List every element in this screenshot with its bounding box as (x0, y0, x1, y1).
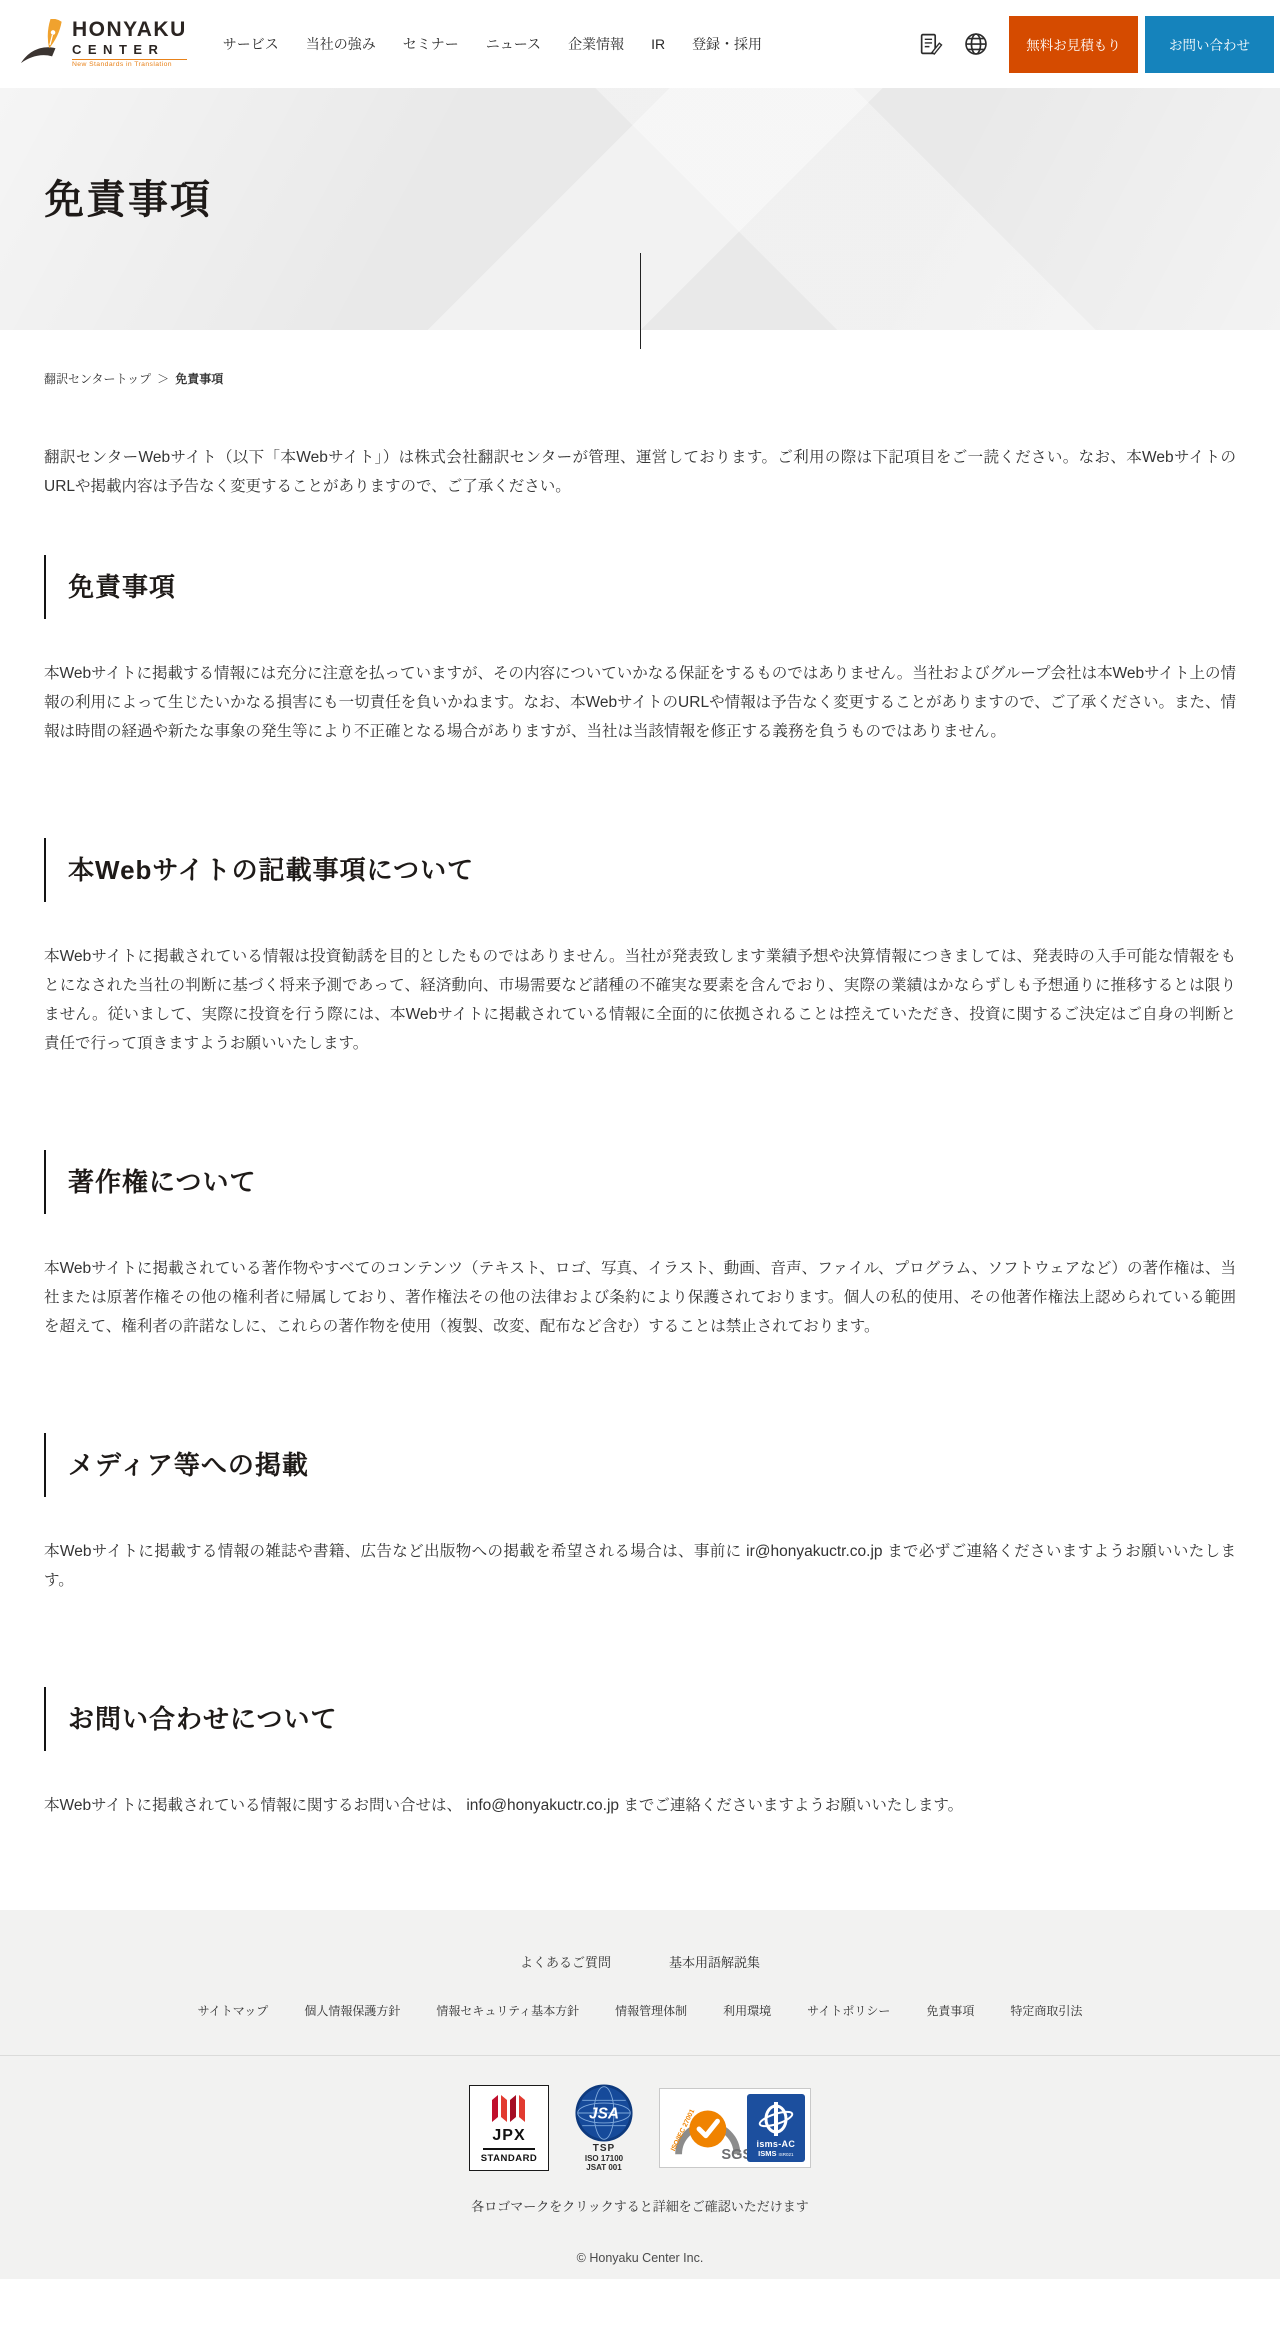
isms-label: ISMS ISR021 (758, 2149, 793, 2158)
contact-button[interactable]: お問い合わせ (1145, 16, 1274, 73)
isms-emblem-icon (756, 2101, 796, 2139)
jsa-tsp-label: TSP (593, 2143, 615, 2154)
footer-link-site-policy[interactable]: サイトポリシー (807, 2002, 890, 2019)
footer-link-glossary[interactable]: 基本用語解説集 (669, 1952, 760, 1971)
footer-link-commercial-law[interactable]: 特定商取引法 (1010, 2002, 1082, 2019)
breadcrumb-current: 免責事項 (175, 370, 223, 387)
breadcrumb-home-link[interactable]: 翻訳センタートップ (44, 370, 151, 387)
jpx-bars-icon (492, 2093, 526, 2125)
logo-line1: HONYAKU (72, 19, 187, 40)
section-media: メディア等への掲載 本Webサイトに掲載する情報の雑誌や書籍、広告など出版物への… (44, 1433, 1236, 1595)
footer-link-security-policy[interactable]: 情報セキュリティ基本方針 (436, 2002, 579, 2019)
section-site-statements-body: 本Webサイトに掲載されている情報は投資勧誘を目的としたものではありません。当社… (44, 942, 1236, 1058)
logo-text: HONYAKU CENTER New Standards in Translat… (72, 19, 187, 69)
site-footer: よくあるご質問 基本用語解説集 サイトマップ 個人情報保護方針 情報セキュリティ… (0, 1910, 1280, 2279)
footer-link-environment[interactable]: 利用環境 (723, 2002, 771, 2019)
intro-paragraph: 翻訳センターWebサイト（以下「本Webサイト」）は株式会社翻訳センターが管理、… (44, 443, 1236, 501)
isms-ac-label: isms-AC (757, 2139, 796, 2149)
jpx-standard-logo[interactable]: JPX STANDARD (469, 2085, 549, 2171)
free-quote-button[interactable]: 無料お見積もり (1009, 16, 1138, 73)
breadcrumb-separator: ＞ (157, 370, 169, 387)
footer-primary-links: よくあるご質問 基本用語解説集 (0, 1952, 1280, 1971)
jsa-jsat-label: JSAT 001 (586, 2163, 621, 2172)
isms-code: ISR021 (779, 2152, 794, 2157)
nav-item-ir[interactable]: IR (651, 36, 665, 52)
jpx-rule (483, 2148, 535, 2150)
logo-line2: CENTER (72, 43, 187, 56)
section-inquiries-body: 本Webサイトに掲載されている情報に関するお問い合せは、 info@honyak… (44, 1791, 1236, 1820)
footer-link-privacy-policy[interactable]: 個人情報保護方針 (304, 2002, 400, 2019)
jsa-iso-label: ISO 17100 (585, 2154, 623, 2163)
honyaku-center-logo[interactable]: HONYAKU CENTER New Standards in Translat… (20, 19, 187, 70)
nav-item-recruit[interactable]: 登録・採用 (692, 34, 762, 54)
jsa-tsp-logo[interactable]: JSA TSP ISO 17100 JSAT 001 (575, 2084, 633, 2172)
footer-secondary-links: サイトマップ 個人情報保護方針 情報セキュリティ基本方針 情報管理体制 利用環境… (0, 2002, 1280, 2019)
footer-certification-logos: JPX STANDARD JSA TSP ISO 17100 JSAT 001 (0, 2084, 1280, 2172)
section-site-statements: 本Webサイトの記載事項について 本Webサイトに掲載されている情報は投資勧誘を… (44, 838, 1236, 1058)
nav-item-news[interactable]: ニュース (486, 34, 541, 54)
section-inquiries-heading: お問い合わせについて (44, 1687, 1236, 1751)
section-media-body: 本Webサイトに掲載する情報の雑誌や書籍、広告など出版物への掲載を希望される場合… (44, 1537, 1236, 1595)
site-header: HONYAKU CENTER New Standards in Translat… (0, 0, 1280, 88)
section-media-heading: メディア等への掲載 (44, 1433, 1236, 1497)
footer-link-info-management[interactable]: 情報管理体制 (615, 2002, 687, 2019)
jpx-label: JPX (492, 2127, 525, 2145)
section-copyright: 著作権について 本Webサイトに掲載されている著作物やすべてのコンテンツ（テキス… (44, 1150, 1236, 1341)
section-copyright-body: 本Webサイトに掲載されている著作物やすべてのコンテンツ（テキスト、ロゴ、写真、… (44, 1254, 1236, 1341)
footer-copyright: © Honyaku Center Inc. (0, 2251, 1280, 2279)
nav-item-strengths[interactable]: 当社の強み (306, 34, 376, 54)
page-title: 免責事項 (44, 168, 212, 225)
section-site-statements-heading: 本Webサイトの記載事項について (44, 838, 1236, 902)
sgs-label: SGS (721, 2147, 746, 2163)
jpx-standard-label: STANDARD (481, 2153, 538, 2164)
language-globe-icon[interactable] (963, 31, 989, 57)
footer-logos-note: 各ロゴマークをクリックすると詳細をご確認いただけます (0, 2196, 1280, 2215)
main-nav: サービス 当社の強み セミナー ニュース 企業情報 IR 登録・採用 (223, 34, 762, 54)
sgs-isms-logo[interactable]: ISO/IEC 27001 SGS isms-AC ISMS ISR021 (659, 2088, 811, 2168)
jsa-label: JSA (589, 2105, 619, 2122)
isms-ac-badge: isms-AC ISMS ISR021 (747, 2094, 805, 2162)
logo-tagline: New Standards in Translation (72, 59, 187, 69)
main-content: 翻訳センターWebサイト（以下「本Webサイト」）は株式会社翻訳センターが管理、… (0, 443, 1280, 1820)
footer-divider (0, 2055, 1280, 2056)
section-disclaimer-heading: 免責事項 (44, 555, 1236, 619)
quote-document-icon[interactable] (917, 31, 943, 57)
section-disclaimer: 免責事項 本Webサイトに掲載する情報には充分に注意を払っていますが、その内容に… (44, 555, 1236, 746)
footer-link-faq[interactable]: よくあるご質問 (520, 1952, 611, 1971)
nav-item-services[interactable]: サービス (223, 34, 279, 54)
footer-link-disclaimer[interactable]: 免責事項 (926, 2002, 974, 2019)
section-disclaimer-body: 本Webサイトに掲載する情報には充分に注意を払っていますが、その内容についていか… (44, 659, 1236, 746)
nav-item-seminar[interactable]: セミナー (403, 34, 459, 54)
nav-item-company[interactable]: 企業情報 (568, 34, 624, 54)
header-actions: 無料お見積もり お問い合わせ (917, 0, 1280, 88)
footer-link-sitemap[interactable]: サイトマップ (198, 2002, 269, 2019)
sgs-check-icon: ISO/IEC 27001 SGS (665, 2093, 747, 2163)
pen-nib-logo-icon (20, 19, 66, 70)
jsa-globe-icon: JSA (575, 2084, 633, 2142)
hero-divider-line (640, 253, 641, 349)
section-inquiries: お問い合わせについて 本Webサイトに掲載されている情報に関するお問い合せは、 … (44, 1687, 1236, 1820)
section-copyright-heading: 著作権について (44, 1150, 1236, 1214)
